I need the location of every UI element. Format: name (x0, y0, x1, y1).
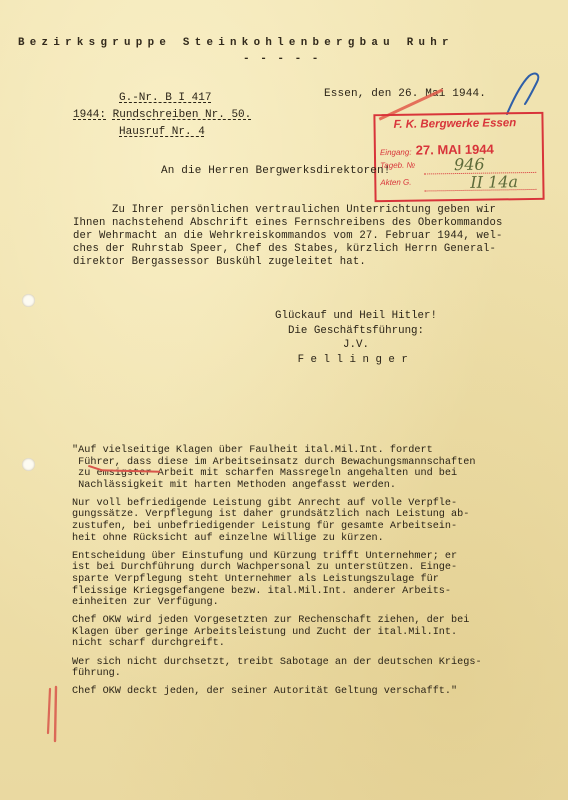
intro-paragraph: Zu Ihrer persönlichen vertraulichen Unte… (73, 204, 502, 269)
intro-line: direktor Bergassessor Buskühl zugeleitet… (73, 256, 502, 269)
date-line: Essen, den 26. Mai 1944. (324, 88, 486, 101)
quote-paragraph: Chef OKW deckt jeden, der seiner Autorit… (72, 686, 482, 698)
receipt-stamp: F. K. Bergwerke Essen Eingang: 27. MAI 1… (373, 112, 544, 202)
document-page: Bezirksgruppe Steinkohlenbergbau Ruhr - … (0, 0, 568, 800)
stamp-files-label: Akten G. (380, 178, 411, 187)
quote-line: Nachlässigkeit mit harten Methoden angef… (72, 480, 482, 492)
quote-line: sparte Verpflegung steht Unternehmer als… (72, 574, 482, 586)
quote-line: fleissige Kriegsgefangene bezw. ital.Mil… (72, 586, 482, 598)
reference-block: G.-Nr. B I 417 1944: Rundschreiben Nr. 5… (73, 90, 251, 141)
blue-pencil-mark (503, 70, 543, 116)
red-margin-mark (46, 685, 60, 745)
intro-line: Ihnen nachstehend Abschrift eines Fernsc… (73, 217, 502, 230)
telex-quote: "Auf vielseitige Klagen über Faulheit it… (72, 445, 482, 704)
punch-hole-bottom (22, 458, 35, 471)
closing-office: Die Geschäftsführung: (256, 324, 456, 339)
stamp-files-reference: II 14a (470, 172, 518, 192)
intro-line: ches der Ruhrstab Speer, Chef des Stabes… (73, 243, 502, 256)
closing-proxy: J.V. (256, 338, 456, 353)
stamp-journal-number: 946 (454, 155, 485, 174)
quote-line: ist bei Durchführung durch Wachpersonal … (72, 562, 482, 574)
quote-paragraph: Entscheidung über Einstufung und Kürzung… (72, 551, 482, 609)
quote-line: "Auf vielseitige Klagen über Faulheit it… (72, 445, 482, 457)
house-call-number: Hausruf Nr. 4 (119, 126, 205, 138)
quote-line: Chef OKW wird jeden Vorgesetzten zur Rec… (72, 615, 482, 627)
quote-paragraph: "Auf vielseitige Klagen über Faulheit it… (72, 445, 482, 491)
quote-line: zustufen, bei unbefriedigender Leistung … (72, 521, 482, 533)
year-prefix: 1944: (73, 109, 106, 121)
quote-line: nicht scharf durchgreift. (72, 638, 482, 650)
quote-line: Chef OKW deckt jeden, der seiner Autorit… (72, 686, 482, 698)
quote-line: einheiten zur Verfügung. (72, 597, 482, 609)
stamp-received-label: Eingang: (380, 148, 412, 157)
quote-line: Entscheidung über Einstufung und Kürzung… (72, 551, 482, 563)
quote-paragraph: Nur voll befriedigende Leistung gibt Anr… (72, 498, 482, 544)
quote-line: heit ohne Rücksicht auf einzelne Willige… (72, 533, 482, 545)
quote-line: Führer, dass diese im Arbeitseinsatz dur… (72, 457, 482, 469)
circular-number: Rundschreiben Nr. 50. (113, 109, 252, 121)
letterhead-rule: - - - - - (243, 53, 320, 65)
salutation: An die Herren Bergwerksdirektoren! (161, 165, 391, 178)
quote-line: Wer sich nicht durchsetzt, treibt Sabota… (72, 657, 482, 669)
closing-signatory: Fellinger (256, 353, 456, 368)
quote-paragraph: Chef OKW wird jeden Vorgesetzten zur Rec… (72, 615, 482, 650)
file-number: G.-Nr. B I 417 (119, 92, 211, 104)
intro-line: Zu Ihrer persönlichen vertraulichen Unte… (73, 204, 502, 217)
closing-greeting: Glückauf und Heil Hitler! (256, 309, 456, 324)
stamp-files-row: Akten G. (380, 178, 411, 187)
intro-line: der Wehrmacht an die Wehrkreiskommandos … (73, 230, 502, 243)
quote-line: führung. (72, 668, 482, 680)
quote-line: Nur voll befriedigende Leistung gibt Anr… (72, 498, 482, 510)
quote-line: Klagen über geringe Arbeitsleistung und … (72, 627, 482, 639)
closing-block: Glückauf und Heil Hitler! Die Geschäftsf… (256, 309, 456, 367)
punch-hole-top (22, 294, 35, 307)
quote-paragraph: Wer sich nicht durchsetzt, treibt Sabota… (72, 657, 482, 680)
stamp-office: F. K. Bergwerke Essen (393, 117, 516, 131)
letterhead-organization: Bezirksgruppe Steinkohlenbergbau Ruhr (18, 37, 454, 50)
quote-line: gungssätze. Verpflegung ist daher grunds… (72, 509, 482, 521)
